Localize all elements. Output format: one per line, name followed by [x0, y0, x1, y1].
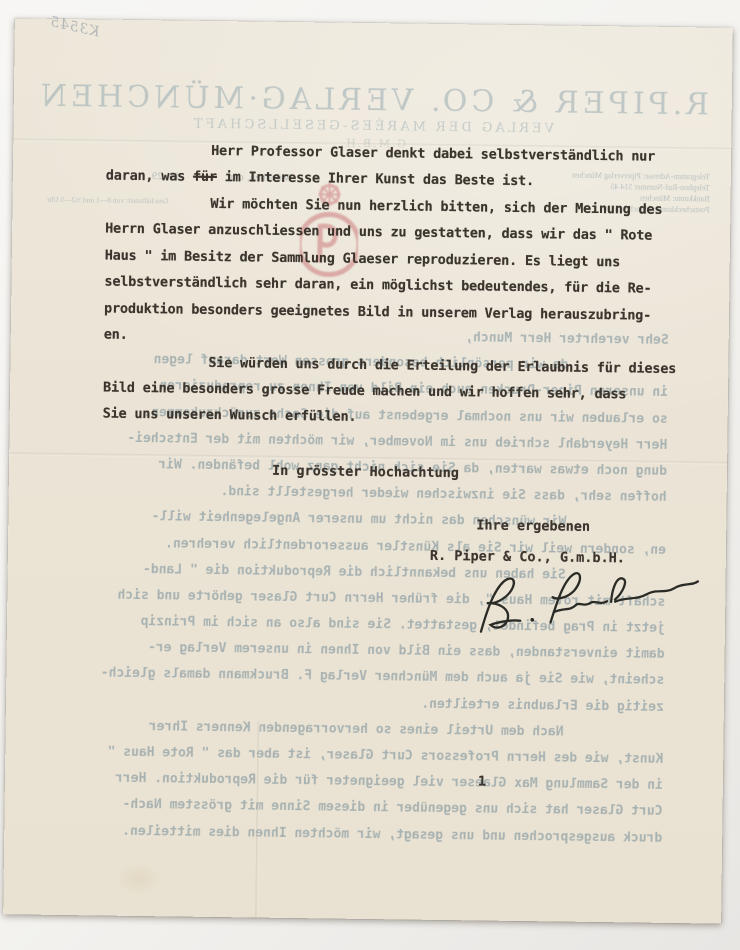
- bleed-line: Kunst, wie des Herrn Professors Curt Gla…: [5, 743, 663, 778]
- paper-stain: [115, 862, 161, 897]
- bleed-letterhead-title: R.PIPER & CO. VERLAG·MÜNCHEN: [14, 78, 732, 122]
- page-marker: 1: [478, 773, 486, 789]
- fold-crease-middle: [9, 452, 727, 464]
- signature-r-piper: [465, 556, 706, 658]
- bleed-line: druck ausgesprochen und uns gesagt, wir …: [4, 822, 662, 857]
- bleed-letterhead-subtitle: VERLAG DER MARÉES-GESELLSCHAFT: [13, 114, 731, 138]
- letter-page: R.PIPER & CO. VERLAG·MÜNCHEN VERLAG DER …: [3, 18, 733, 923]
- bleed-line: scheint, wie Sie ja auch dem Münchner Ve…: [6, 665, 664, 700]
- closing-line: In grösster Hochachtung: [272, 463, 459, 481]
- scanned-letter-photo: { "document": { "corner_mark": "K3545", …: [0, 0, 740, 950]
- bleed-line: Curt Glaser hat sich uns gegenüber in di…: [4, 796, 662, 831]
- bleed-line: in der Sammlung Max Glaeser viel geeigne…: [5, 769, 663, 804]
- corner-inventory-mark: K3545: [48, 14, 101, 41]
- fold-crease-vertical: [255, 722, 261, 918]
- bleed-line: zeitig die Erlaubnis erteilten.: [6, 691, 664, 726]
- struck-word: für: [193, 169, 217, 185]
- bleed-line: Nach dem Urteil eines so hervorragenden …: [5, 717, 563, 750]
- bleed-line: hoffen sehr, dass Sie inzwischen wieder …: [8, 481, 666, 516]
- signoff-line: Ihre ergebenen: [476, 517, 590, 534]
- typed-body: Herr Professor Glaser denkt dabei selbst…: [102, 142, 676, 440]
